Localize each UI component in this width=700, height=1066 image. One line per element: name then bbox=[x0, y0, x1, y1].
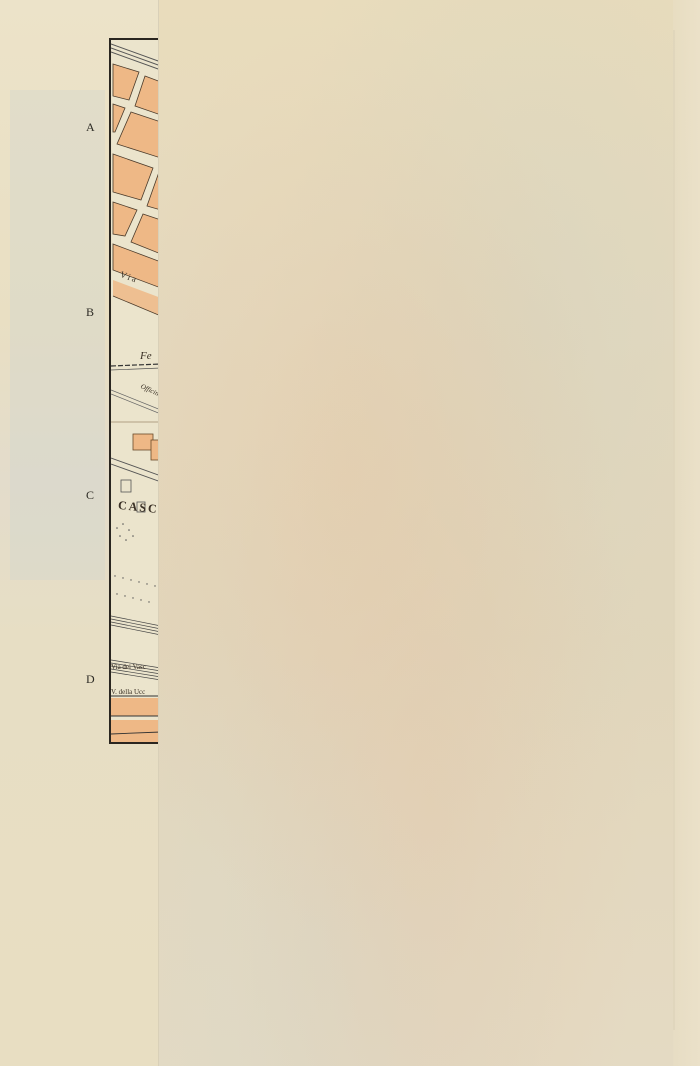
label-v-della-ucc: V. della Ucc bbox=[111, 688, 145, 696]
label-via-dei-vasc: Via dei Vasc bbox=[111, 663, 146, 671]
flap-right-margin bbox=[673, 0, 700, 1066]
page-stain bbox=[10, 90, 105, 580]
label-ferrovia: Fe bbox=[140, 350, 152, 362]
grid-label-d: D bbox=[86, 672, 95, 687]
grid-label-a: A bbox=[86, 120, 95, 135]
folded-map-flap bbox=[158, 0, 700, 1066]
grid-label-b: B bbox=[86, 305, 94, 320]
grid-label-c: C bbox=[86, 488, 94, 503]
